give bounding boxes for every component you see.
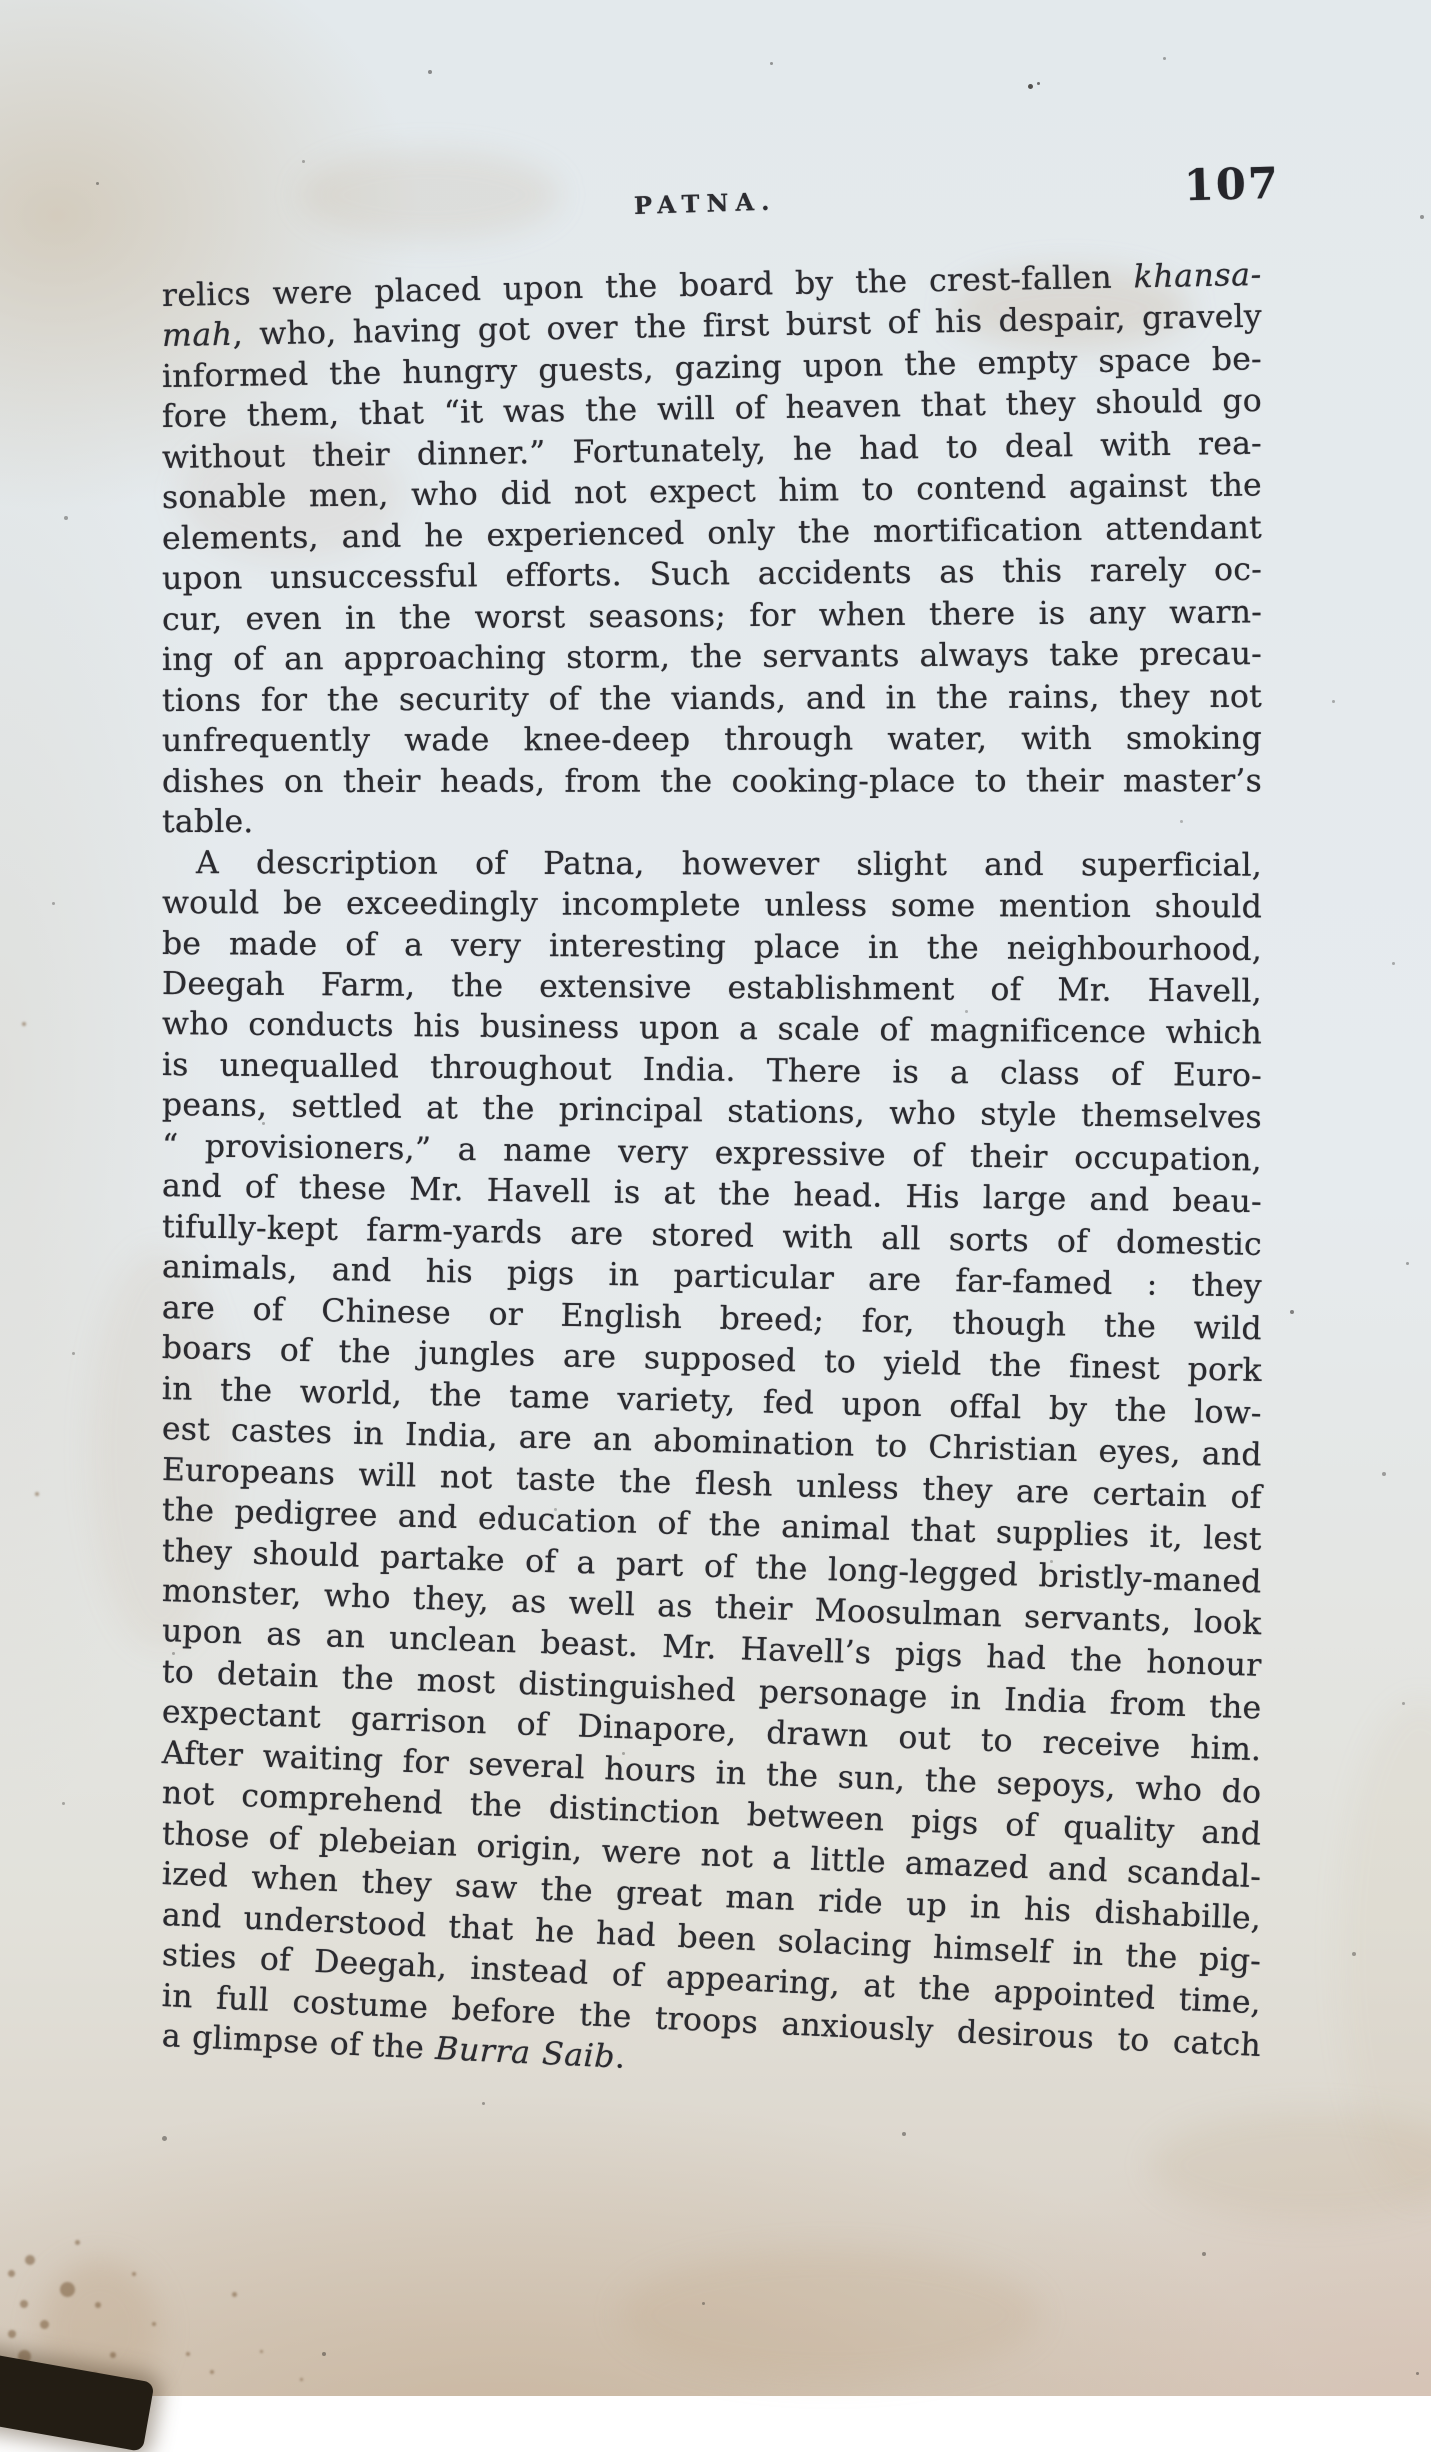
text-line: upon unsuccessful efforts. Such accident…: [162, 550, 1262, 600]
foxing-spot: [95, 2302, 101, 2308]
paper-speck: [62, 1802, 65, 1805]
paper-speck: [64, 516, 68, 520]
text-line: tions for the security of the viands, an…: [162, 677, 1262, 722]
paper-speck: [1382, 1472, 1386, 1476]
foxing-spot: [132, 2272, 136, 2276]
text-line: be made of a very interesting place in t…: [162, 924, 1262, 970]
paper-speck: [1028, 84, 1033, 89]
paper-speck: [770, 62, 773, 65]
paper-speck: [1290, 1310, 1294, 1314]
foxing-spot: [35, 1492, 39, 1496]
paper-speck: [1416, 2372, 1419, 2375]
paper-speck: [1332, 700, 1335, 703]
foxing-spot: [22, 1022, 26, 1026]
paper-speck: [1202, 2252, 1206, 2256]
foxing-spot: [60, 2282, 75, 2297]
foxing-spot: [40, 2320, 49, 2329]
page-corner-shadow: [0, 2348, 155, 2396]
paper-stain: [1340, 1700, 1431, 2200]
text-line: A description of Patna, however slight a…: [162, 843, 1262, 886]
foxing-spot: [20, 2300, 28, 2308]
foxing-spot: [300, 2378, 303, 2381]
paper-speck: [702, 2302, 705, 2305]
paper-stain: [300, 150, 560, 240]
paper-speck: [1163, 57, 1166, 60]
text-line: ing of an approaching storm, the servant…: [162, 634, 1262, 680]
foxing-spot: [232, 2292, 237, 2297]
text-line: table.: [162, 802, 1262, 843]
paper-speck: [52, 902, 55, 905]
paper-speck: [1392, 962, 1395, 965]
book-page-scan: PATNA. 107 relics were placed upon the b…: [0, 0, 1431, 2396]
foxing-spot: [152, 2322, 156, 2326]
paper-speck: [322, 2352, 326, 2356]
paper-stain: [620, 2250, 1040, 2380]
text-line: unfrequently wade knee-deep through wate…: [162, 719, 1262, 762]
paper-speck: [72, 1352, 75, 1355]
foxing-spot: [110, 2352, 116, 2358]
paper-speck: [1402, 1702, 1405, 1705]
text-line: dishes on their heads, from the cooking-…: [162, 761, 1262, 802]
text-line: would be exceedingly incomplete unless s…: [162, 883, 1262, 928]
paper-speck: [1037, 82, 1040, 85]
paper-speck: [162, 2136, 167, 2141]
running-header: PATNA.: [634, 187, 777, 220]
foxing-spot: [75, 2240, 80, 2245]
paper-speck: [1352, 1952, 1356, 1956]
paper-speck: [428, 70, 432, 74]
paper-speck: [902, 2132, 906, 2136]
page-number: 107: [1183, 159, 1280, 211]
foxing-spot: [210, 2370, 214, 2374]
paper-speck: [482, 2102, 485, 2105]
text-line: cur, even in the worst seasons; for when…: [162, 592, 1262, 640]
foxing-spot: [260, 2350, 263, 2353]
foxing-spot: [25, 2255, 35, 2265]
foxing-spot: [8, 2270, 15, 2277]
paper-speck: [302, 160, 305, 163]
paper-stain: [1150, 2110, 1431, 2220]
paper-speck: [1420, 215, 1424, 219]
paper-speck: [96, 182, 99, 185]
foxing-spot: [8, 2330, 16, 2338]
paper-speck: [1406, 1262, 1409, 1265]
foxing-spot: [186, 2352, 190, 2356]
text-block: relics were placed upon the board by the…: [162, 276, 1262, 2057]
